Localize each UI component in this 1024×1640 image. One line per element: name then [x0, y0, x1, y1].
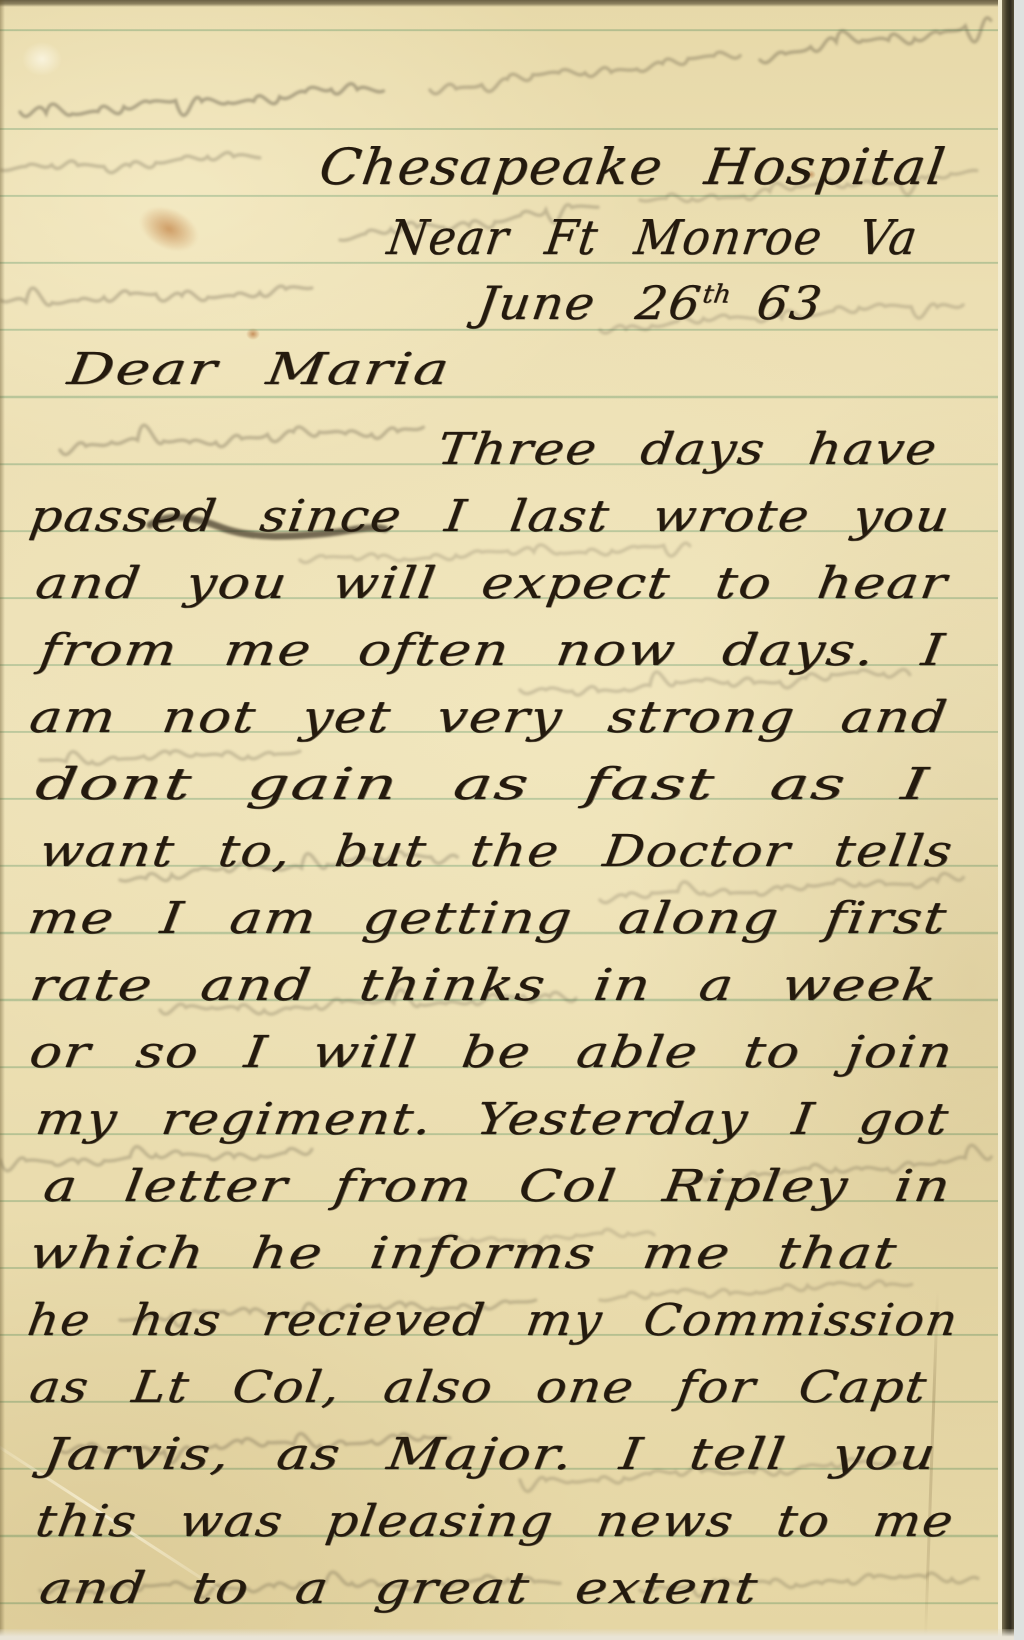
scanner-background — [1014, 0, 1024, 1640]
letter-line: this was pleasing news to me — [32, 1496, 957, 1547]
letter-line: which he informs me that — [26, 1228, 901, 1279]
letter-line: Three days have — [434, 424, 941, 475]
heading-location: Near Ft Monroe Va — [384, 210, 922, 266]
letter-line: from me often now days. I — [36, 625, 948, 676]
scanned-letter-page: Chesapeake Hospital Near Ft Monroe Va Ju… — [0, 0, 1024, 1640]
scan-edge-top — [0, 0, 1001, 7]
date-year: 63 — [754, 276, 827, 330]
date-day: June 26 — [474, 276, 705, 330]
letter-line: and you will expect to hear — [32, 558, 951, 609]
letter-line: am not yet very strong and — [26, 692, 951, 743]
heading-hospital: Chesapeake Hospital — [316, 138, 950, 196]
scan-edge-left — [0, 0, 5, 1640]
salutation: Dear Maria — [64, 344, 453, 395]
letter-line: my regiment. Yesterday I got — [32, 1094, 952, 1145]
letter-line: Jarvis, as Major. I tell you — [40, 1429, 940, 1480]
letter-line: a letter from Col Ripley in — [40, 1161, 954, 1212]
letter-line: rate and thinks in a week — [26, 960, 941, 1011]
letter-line: dont gain as fast as I — [32, 759, 933, 810]
letter-line: me I am getting along first — [24, 893, 950, 944]
letter-line: passed since I last wrote you — [26, 491, 953, 542]
letter-line: he has recieved my Commission — [24, 1295, 962, 1346]
letter-line: want to, but the Doctor tells — [36, 826, 956, 877]
letter-line: as Lt Col, also one for Capt — [26, 1362, 931, 1413]
scan-edge-bottom — [0, 1629, 1014, 1640]
letter-line: and to a great extent — [36, 1563, 762, 1614]
heading-date: June 26th63 — [474, 276, 826, 330]
letter-line: or so I will be able to join — [26, 1027, 957, 1078]
date-ordinal-superscript: th — [701, 280, 733, 309]
scan-edge-right — [1002, 0, 1014, 1640]
